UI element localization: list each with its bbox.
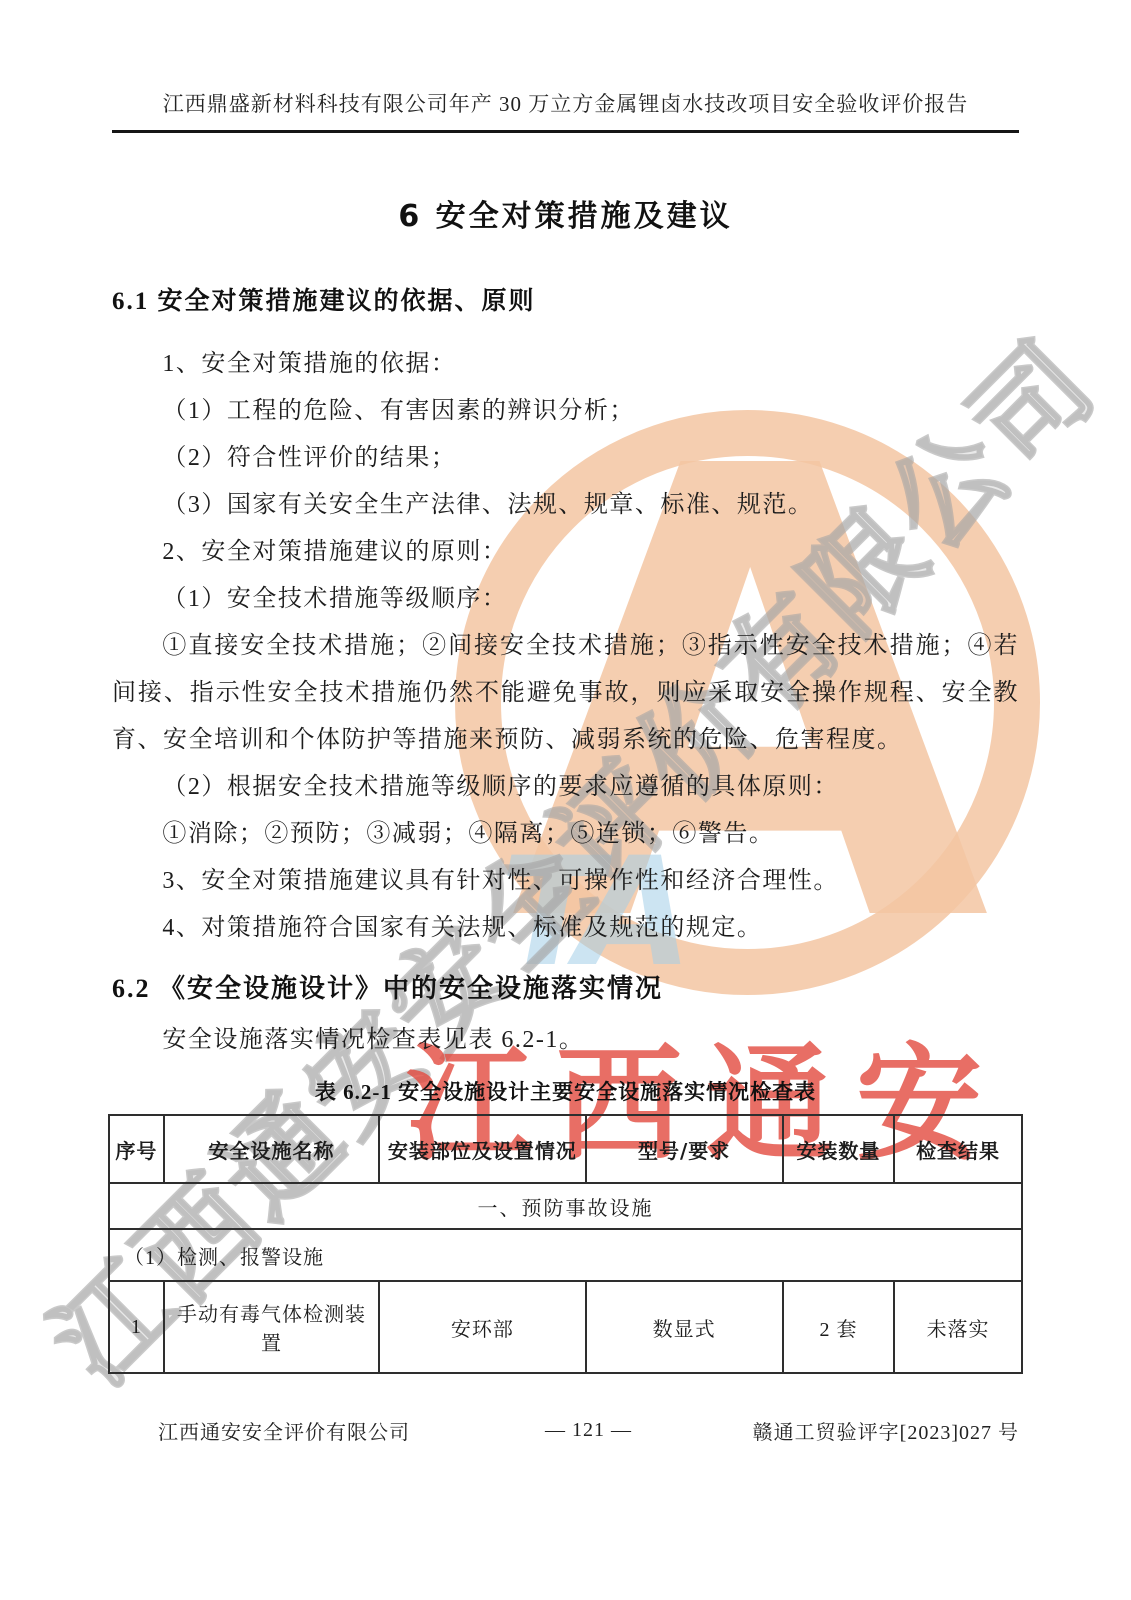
paragraph: （2）符合性评价的结果；: [112, 435, 1019, 482]
table-caption: 表 6.2-1 安全设施设计主要安全设施落实情况检查表: [112, 1076, 1019, 1106]
section-6-2-heading: 6.2 《安全设施设计》中的安全设施落实情况: [112, 968, 1019, 1005]
group-row-label: 一、预防事故设施: [109, 1183, 1022, 1229]
cell-model-requirement: 数显式: [586, 1281, 783, 1373]
paragraph: （1）工程的危险、有害因素的辨识分析；: [112, 388, 1019, 435]
page-content: 江西鼎盛新材料科技有限公司年产 30 万立方金属锂卤水技改项目安全验收评价报告 …: [0, 0, 1131, 1445]
paragraph: （3）国家有关安全生产法律、法规、规章、标准、规范。: [112, 482, 1019, 529]
page-footer: 江西通安安全评价有限公司 — 121 — 赣通工贸验评字[2023]027 号: [112, 1416, 1019, 1445]
paragraph: ①消除；②预防；③减弱；④隔离；⑤连锁；⑥警告。: [112, 811, 1019, 858]
col-header-check-result: 检查结果: [894, 1115, 1022, 1183]
footer-page-number: — 121 —: [545, 1419, 632, 1442]
document-page: A TA 江西通安安全评价有限公司 江西通安 江西鼎盛新材料科技有限公司年产 3…: [0, 0, 1131, 1600]
subgroup-row-label: （1）检测、报警设施: [109, 1229, 1022, 1281]
cell-serial: 1: [109, 1281, 164, 1373]
col-header-facility-name: 安全设施名称: [164, 1115, 379, 1183]
section-6-1-body: 1、安全对策措施的依据： （1）工程的危险、有害因素的辨识分析； （2）符合性评…: [112, 341, 1019, 952]
table-group-row: 一、预防事故设施: [109, 1183, 1022, 1229]
table-header-row: 序号 安全设施名称 安装部位及设置情况 型号/要求 安装数量 检查结果: [109, 1115, 1022, 1183]
cell-check-result: 未落实: [894, 1281, 1022, 1373]
section-6-2-intro: 安全设施落实情况检查表见表 6.2-1。: [112, 1017, 1019, 1064]
paragraph: 1、安全对策措施的依据：: [112, 341, 1019, 388]
section-6-1-heading: 6.1 安全对策措施建议的依据、原则: [112, 281, 1019, 317]
chapter-title: 6 安全对策措施及建议: [112, 191, 1019, 235]
paragraph: （2）根据安全技术措施等级顺序的要求应遵循的具体原则：: [112, 764, 1019, 811]
header-rule: [112, 130, 1019, 133]
col-header-serial: 序号: [109, 1115, 164, 1183]
paragraph: 2、安全对策措施建议的原则：: [112, 529, 1019, 576]
col-header-install-quantity: 安装数量: [783, 1115, 894, 1183]
footer-doc-number: 赣通工贸验评字[2023]027 号: [632, 1416, 1019, 1445]
cell-install-location: 安环部: [379, 1281, 585, 1373]
paragraph: 3、安全对策措施建议具有针对性、可操作性和经济合理性。: [112, 858, 1019, 905]
page-header-title: 江西鼎盛新材料科技有限公司年产 30 万立方金属锂卤水技改项目安全验收评价报告: [112, 0, 1019, 118]
table-row: 1 手动有毒气体检测装置 安环部 数显式 2 套 未落实: [109, 1281, 1022, 1373]
col-header-model-requirement: 型号/要求: [586, 1115, 783, 1183]
paragraph: 4、对策措施符合国家有关法规、标准及规范的规定。: [112, 905, 1019, 952]
paragraph: ①直接安全技术措施；②间接安全技术措施；③指示性安全技术措施；④若间接、指示性安…: [112, 623, 1019, 764]
footer-company: 江西通安安全评价有限公司: [112, 1416, 545, 1445]
cell-install-quantity: 2 套: [783, 1281, 894, 1373]
cell-facility-name: 手动有毒气体检测装置: [164, 1281, 379, 1373]
paragraph: （1）安全技术措施等级顺序：: [112, 576, 1019, 623]
safety-facility-checklist-table: 序号 安全设施名称 安装部位及设置情况 型号/要求 安装数量 检查结果 一、预防…: [108, 1114, 1023, 1374]
table-subgroup-row: （1）检测、报警设施: [109, 1229, 1022, 1281]
col-header-install-location: 安装部位及设置情况: [379, 1115, 585, 1183]
